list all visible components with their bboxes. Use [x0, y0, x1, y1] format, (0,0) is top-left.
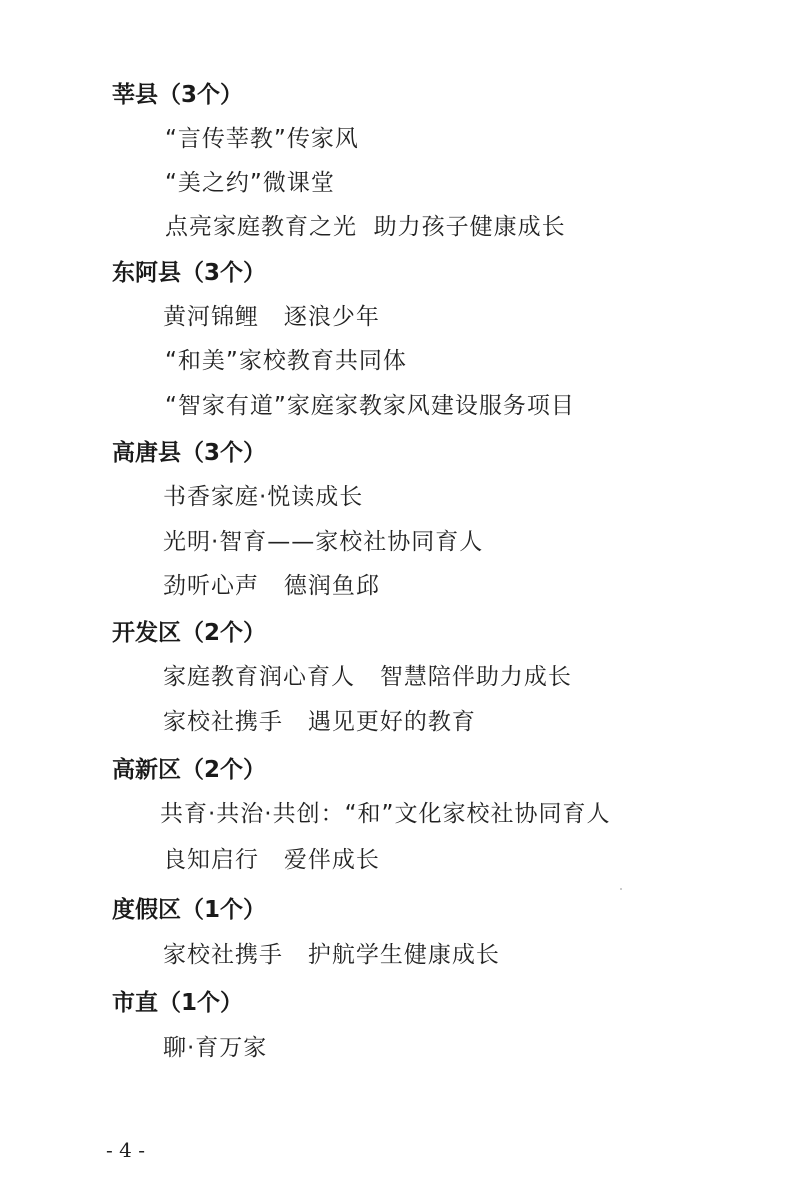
section-heading-dujiaqu: 度假区（1个）	[112, 895, 266, 925]
scan-speck	[620, 888, 622, 890]
list-item: 家校社携手 遇见更好的教育	[163, 707, 476, 737]
section-heading-shizhi: 市直（1个）	[112, 988, 243, 1018]
list-item: 共育·共治·共创：“和”文化家校社协同育人	[160, 799, 610, 829]
list-item: 书香家庭·悦读成长	[163, 482, 363, 512]
list-item: “和美”家校教育共同体	[165, 346, 407, 376]
list-item: 点亮家庭教育之光 助力孩子健康成长	[165, 212, 566, 242]
list-item: 家校社携手 护航学生健康成长	[163, 940, 500, 970]
list-item: 劲听心声 德润鱼邱	[163, 571, 380, 601]
list-item: 良知启行 爱伴成长	[163, 845, 380, 875]
section-heading-gaoxinqu: 高新区（2个）	[112, 755, 266, 785]
list-item: “智家有道”家庭家教家风建设服务项目	[165, 391, 575, 421]
list-item: 光明·智育——家校社协同育人	[163, 527, 483, 557]
section-heading-kaifaqu: 开发区（2个）	[112, 618, 266, 648]
list-item: “美之约”微课堂	[165, 168, 335, 198]
document-page: 莘县（3个） “言传莘教”传家风 “美之约”微课堂 点亮家庭教育之光 助力孩子健…	[0, 0, 810, 1180]
list-item: 聊·育万家	[163, 1033, 267, 1063]
section-heading-donge: 东阿县（3个）	[112, 258, 266, 288]
section-heading-shenxian: 莘县（3个）	[112, 80, 243, 110]
list-item: 黄河锦鲤 逐浪少年	[163, 302, 380, 332]
section-heading-gaotang: 高唐县（3个）	[112, 438, 266, 468]
page-number: - 4 -	[106, 1137, 145, 1163]
list-item: “言传莘教”传家风	[165, 124, 359, 154]
list-item: 家庭教育润心育人 智慧陪伴助力成长	[163, 662, 572, 692]
